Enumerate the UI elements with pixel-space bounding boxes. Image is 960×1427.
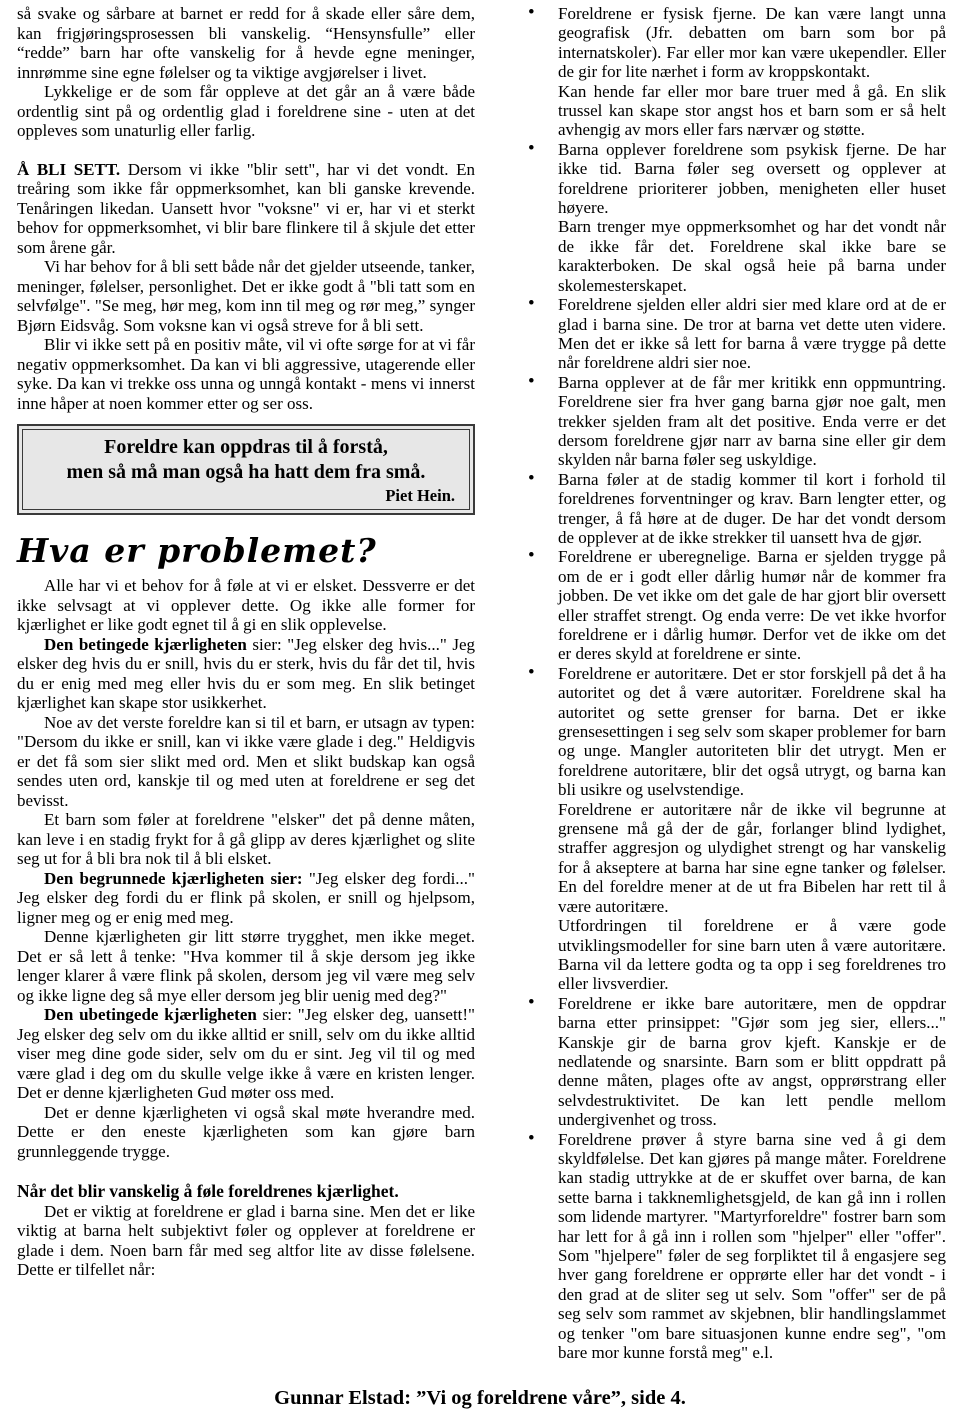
bullet-paragraph: Kan hende far eller mor bare truer med å… [558, 82, 946, 140]
quote-box: Foreldre kan oppdras til å forstå, men s… [17, 424, 475, 515]
paragraph: Noe av det verste foreldre kan si til et… [17, 713, 475, 811]
list-item: Barna føler at de stadig kommer til kort… [496, 470, 946, 548]
paragraph: Det er denne kjærligheten vi også skal m… [17, 1103, 475, 1162]
bullet-paragraph: Foreldrene prøver å styre barna sine ved… [558, 1130, 946, 1363]
paragraph: så svake og sårbare at barnet er redd fo… [17, 4, 475, 82]
bullet-paragraph: Foreldrene sjelden eller aldri sier med … [558, 295, 946, 373]
sub-heading: Når det blir vanskelig å føle foreldrene… [17, 1182, 475, 1202]
list-item: Foreldrene er fysisk fjerne. De kan være… [496, 4, 946, 140]
list-item: Barna opplever foreldrene som psykisk fj… [496, 140, 946, 295]
bullet-paragraph: Foreldrene er autoritære når de ikke vil… [558, 800, 946, 916]
paragraph: Å BLI SETT. Dersom vi ikke "blir sett", … [17, 160, 475, 258]
paragraph: Alle har vi et behov for å føle at vi er… [17, 576, 475, 635]
list-item: Foreldrene er uberegnelige. Barna er sje… [496, 547, 946, 663]
bullet-paragraph: Foreldrene er fysisk fjerne. De kan være… [558, 4, 946, 82]
list-item: Barna opplever at de får mer kritikk enn… [496, 373, 946, 470]
document-page: så svake og sårbare at barnet er redd fo… [0, 0, 960, 1427]
section-heading: Hva er problemet? [17, 530, 475, 572]
paragraph: Blir vi ikke sett på en positiv måte, vi… [17, 335, 475, 413]
paragraph-lead: Den begrunnede kjærligheten sier: [44, 869, 303, 888]
paragraph-lead: Den betingede kjærligheten [44, 635, 247, 654]
paragraph: Et barn som føler at foreldrene "elsker"… [17, 810, 475, 869]
quote-attribution: Piet Hein. [33, 485, 459, 506]
paragraph: Det er viktig at foreldrene er glad i ba… [17, 1202, 475, 1280]
paragraph: Den begrunnede kjærligheten sier: "Jeg e… [17, 869, 475, 928]
bullet-paragraph: Foreldrene er autoritære. Det er stor fo… [558, 664, 946, 800]
paragraph: Vi har behov for å bli sett både når det… [17, 257, 475, 335]
bullet-paragraph: Foreldrene er ikke bare autoritære, men … [558, 994, 946, 1130]
bullet-paragraph: Barna opplever foreldrene som psykisk fj… [558, 140, 946, 218]
bullet-paragraph: Barna føler at de stadig kommer til kort… [558, 470, 946, 548]
right-column: Foreldrene er fysisk fjerne. De kan være… [496, 4, 946, 1362]
list-item: Foreldrene sjelden eller aldri sier med … [496, 295, 946, 373]
bullet-paragraph: Barn trenger mye oppmerksomhet og har de… [558, 217, 946, 295]
bullet-paragraph: Barna opplever at de får mer kritikk enn… [558, 373, 946, 470]
list-item: Foreldrene prøver å styre barna sine ved… [496, 1130, 946, 1363]
quote-line: men så må man også ha hatt dem fra små. [33, 460, 459, 485]
quote-line: Foreldre kan oppdras til å forstå, [33, 435, 459, 460]
left-column: så svake og sårbare at barnet er redd fo… [17, 4, 475, 1280]
list-item: Foreldrene er ikke bare autoritære, men … [496, 994, 946, 1130]
page-footer: Gunnar Elstad: ”Vi og foreldrene våre”, … [0, 1387, 960, 1410]
paragraph: Lykkelige er de som får oppleve at det g… [17, 82, 475, 141]
paragraph: Denne kjærligheten gir litt større trygg… [17, 927, 475, 1005]
paragraph: Den ubetingede kjærligheten sier: "Jeg e… [17, 1005, 475, 1103]
list-item: Foreldrene er autoritære. Det er stor fo… [496, 664, 946, 994]
bullet-paragraph: Foreldrene er uberegnelige. Barna er sje… [558, 547, 946, 663]
quote-box-inner: Foreldre kan oppdras til å forstå, men s… [22, 429, 470, 510]
paragraph-lead: Å BLI SETT. [17, 160, 128, 179]
paragraph-lead: Den ubetingede kjærligheten [44, 1005, 257, 1024]
bullet-paragraph: Utfordringen til foreldrene er å være go… [558, 916, 946, 994]
bullet-list: Foreldrene er fysisk fjerne. De kan være… [496, 4, 946, 1362]
paragraph: Den betingede kjærligheten sier: "Jeg el… [17, 635, 475, 713]
